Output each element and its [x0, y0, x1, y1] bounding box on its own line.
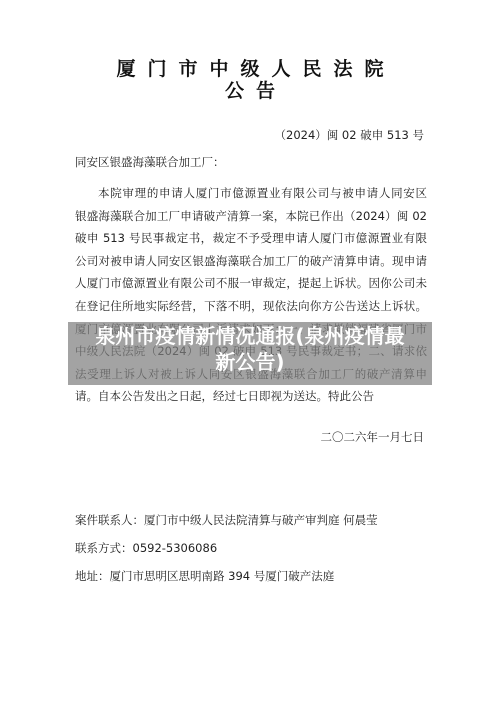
case-number: （2024）闽 02 破申 513 号	[275, 127, 424, 143]
headline-overlay-text: 泉州市疫情新情况通报(泉州疫情最 新公告)	[68, 323, 432, 375]
court-name-title: 厦门市中级人民法院	[0, 58, 500, 80]
addressee: 同安区银盛海藻联合加工厂：	[75, 154, 225, 170]
notice-date: 二〇二六年一月七日	[321, 429, 425, 445]
headline-line-2: 新公告)	[68, 349, 432, 375]
body-line: 在登记住所地实际经营，下落不明，现依法向你方公告送达上诉状。	[75, 295, 427, 318]
headline-line-1: 泉州市疫情新情况通报(泉州疫情最	[68, 323, 432, 349]
body-line: 银盛海藻联合加工厂申请破产清算一案，本院已作出（2024）闽 02	[75, 205, 427, 228]
body-line: 本院审理的申请人厦门市億源置业有限公司与被申请人同安区	[75, 182, 427, 205]
notice-subtitle: 公告	[0, 80, 500, 102]
court-address: 地址：厦门市思明区思明南路 394 号厦门破产法庭	[75, 568, 334, 584]
body-line: 公司对被申请人同安区银盛海藻联合加工厂的破产清算申请。现申请	[75, 250, 427, 273]
body-line: 破申 513 号民事裁定书，裁定不予受理申请人厦门市億源置业有限	[75, 227, 427, 250]
body-line: 请。自本公告发出之日起，经过七日即视为送达。特此公告	[75, 385, 427, 408]
court-notice-page: 厦门市中级人民法院 公告 （2024）闽 02 破申 513 号 同安区银盛海藻…	[0, 0, 500, 706]
body-line: 人厦门市億源置业有限公司不服一审裁定，提起上诉状。因你公司未	[75, 272, 427, 295]
contact-person: 案件联系人：厦门市中级人民法院清算与破产审判庭 何晨莹	[75, 512, 378, 528]
contact-phone: 联系方式：0592-5306086	[75, 540, 217, 556]
